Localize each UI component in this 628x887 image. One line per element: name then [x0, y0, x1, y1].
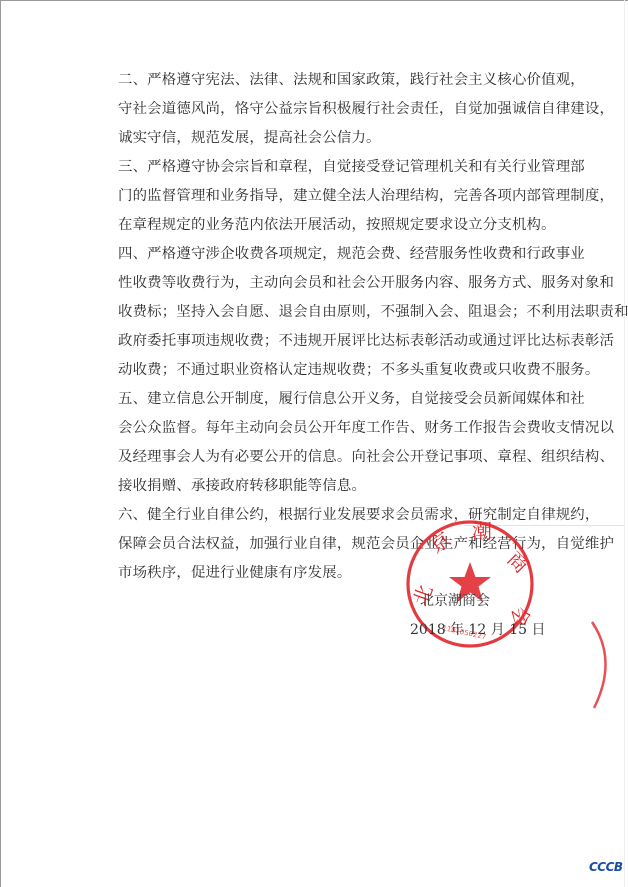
text-line: 二、严格遵守宪法、法律、法规和国家政策，践行社会主义核心价值观，: [88, 66, 550, 95]
text-line: 政府委托事项违规收费；不违规开展评比达标表彰活动或通过评比达标表彰活: [88, 327, 550, 356]
page-border-top: [0, 0, 628, 1]
text-line: 诚实守信，规范发展，提高社会公信力。: [88, 124, 550, 153]
text-line: 四、严格遵守涉企收费各项规定，规范会费、经营服务性收费和行政事业: [88, 240, 550, 269]
text-line: 市场秩序，促进行业健康有序发展。: [88, 559, 550, 588]
paragraph-3: 三、严格遵守协会宗旨和章程，自觉接受登记管理机关和有关行业管理部 门的监督管理和…: [88, 153, 550, 240]
text-line: 及经理事会人为有必要公开的信息。向社会公开登记事项、章程、组织结构、: [88, 443, 550, 472]
partial-seal-edge-icon: [590, 620, 620, 710]
page-border-left: [0, 0, 1, 887]
paragraph-2: 二、严格遵守宪法、法律、法规和国家政策，践行社会主义核心价值观， 守社会道德风尚…: [88, 66, 550, 153]
text-line: 会公众监督。每年主动向会员公开年度工作告、财务工作报告会费收支情况以: [88, 414, 550, 443]
text-line: 性收费等收费行为，主动向会员和社会公开服务内容、服务方式、服务对象和: [88, 269, 550, 298]
text-line: 在章程规定的业务范内依法开展活动，按照规定要求设立分支机构。: [88, 211, 550, 240]
text-line: 门的监督管理和业务指导，建立健全法人治理结构，完善各项内部管理制度，: [88, 182, 550, 211]
text-line: 五、建立信息公开制度，履行信息公开义务，自觉接受会员新闻媒体和社: [88, 385, 550, 414]
document-body: 二、严格遵守宪法、法律、法规和国家政策，践行社会主义核心价值观， 守社会道德风尚…: [88, 66, 550, 588]
watermark-logo: CCCB: [589, 860, 623, 874]
scan-artifact-line: [464, 525, 624, 526]
text-line: 保障会员合法权益，加强行业自律，规范会员企业生产和经营行为，自觉维护: [88, 530, 550, 559]
signature-date: 2018 年 12 月 15 日: [410, 619, 546, 639]
text-line: 动收费；不通过职业资格认定违规收费；不多头重复收费或只收费不服务。: [88, 356, 550, 385]
text-line: 收费标；坚持入会自愿、退会自由原则，不强制入会、阻退会；不利用法职责和: [88, 298, 550, 327]
paragraph-6: 六、健全行业自律公约，根据行业发展要求会员需求，研究制定自律规约， 保障会员合法…: [88, 501, 550, 588]
text-line: 三、严格遵守协会宗旨和章程，自觉接受登记管理机关和有关行业管理部: [88, 153, 550, 182]
text-line: 守社会道德风尚，恪守公益宗旨积极履行社会责任，自觉加强诚信自律建设，: [88, 95, 550, 124]
paragraph-4: 四、严格遵守涉企收费各项规定，规范会费、经营服务性收费和行政事业 性收费等收费行…: [88, 240, 550, 385]
paragraph-5: 五、建立信息公开制度，履行信息公开义务，自觉接受会员新闻媒体和社 会公众监督。每…: [88, 385, 550, 501]
page-edge-right: [624, 0, 625, 887]
text-line: 接收捐赠、承接政府转移职能等信息。: [88, 472, 550, 501]
signature-organization: 北京潮商会: [420, 590, 490, 610]
